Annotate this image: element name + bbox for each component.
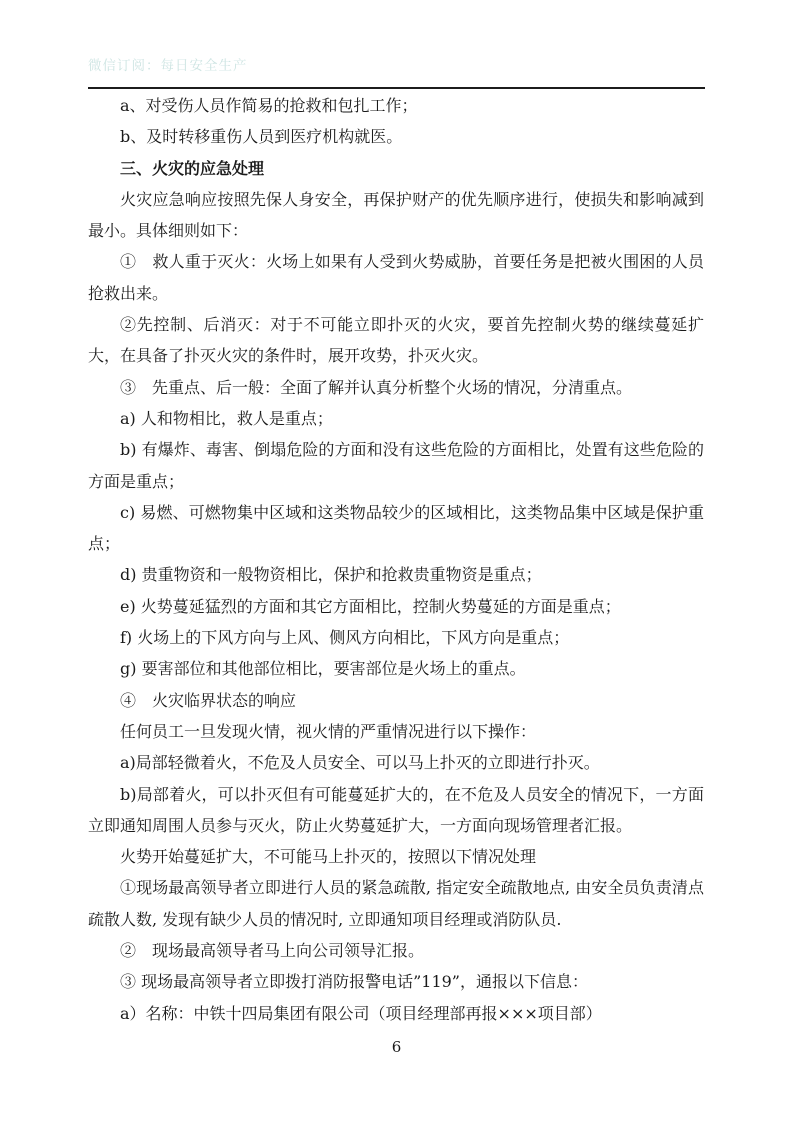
header-divider — [88, 87, 705, 89]
paragraph: ③ 现场最高领导者立即拨打消防报警电话”119”，通报以下信息： — [88, 966, 704, 997]
paragraph: ②先控制、后消灭：对于不可能立即扑灭的火灾，要首先控制火势的继续蔓延扩大，在具备… — [88, 309, 704, 372]
document-page: 微信订阅：每日安全生产 a、对受伤人员作简易的抢救和包扎工作；b、及时转移重伤人… — [0, 0, 793, 1122]
paragraph: c) 易燃、可燃物集中区域和这类物品较少的区域相比，这类物品集中区域是保护重点； — [88, 497, 704, 560]
paragraph: ①现场最高领导者立即进行人员的紧急疏散, 指定安全疏散地点, 由安全员负责清点疏… — [88, 872, 704, 935]
section-heading: 三、火灾的应急处理 — [88, 153, 704, 184]
paragraph: d) 贵重物资和一般物资相比，保护和抢救贵重物资是重点； — [88, 559, 704, 590]
paragraph: b、及时转移重伤人员到医疗机构就医。 — [88, 121, 704, 152]
page-header-watermark: 微信订阅：每日安全生产 — [88, 54, 705, 74]
paragraph: a、对受伤人员作简易的抢救和包扎工作； — [88, 90, 704, 121]
page-number: 6 — [0, 1038, 793, 1056]
paragraph: g) 要害部位和其他部位相比，要害部位是火场上的重点。 — [88, 653, 704, 684]
paragraph: a）名称：中铁十四局集团有限公司（项目经理部再报×××项目部） — [88, 998, 704, 1029]
paragraph: a)局部轻微着火，不危及人员安全、可以马上扑灭的立即进行扑灭。 — [88, 747, 704, 778]
paragraph: ① 救人重于灭火：火场上如果有人受到火势威胁，首要任务是把被火围困的人员抢救出来… — [88, 246, 704, 309]
paragraph: 任何员工一旦发现火情，视火情的严重情况进行以下操作： — [88, 716, 704, 747]
paragraph: f) 火场上的下风方向与上风、侧风方向相比，下风方向是重点； — [88, 622, 704, 653]
paragraph: a) 人和物相比，救人是重点； — [88, 403, 704, 434]
paragraph: b)局部着火，可以扑灭但有可能蔓延扩大的，在不危及人员安全的情况下，一方面立即通… — [88, 779, 704, 842]
paragraph: b) 有爆炸、毒害、倒塌危险的方面和没有这些危险的方面相比，处置有这些危险的方面… — [88, 434, 704, 497]
paragraph: ② 现场最高领导者马上向公司领导汇报。 — [88, 935, 704, 966]
paragraph: 火势开始蔓延扩大，不可能马上扑灭的，按照以下情况处理 — [88, 841, 704, 872]
paragraph: 火灾应急响应按照先保人身安全，再保护财产的优先顺序进行，使损失和影响减到最小。具… — [88, 184, 704, 247]
paragraph: ③ 先重点、后一般：全面了解并认真分析整个火场的情况，分清重点。 — [88, 372, 704, 403]
paragraph: e) 火势蔓延猛烈的方面和其它方面相比，控制火势蔓延的方面是重点； — [88, 591, 704, 622]
document-body: a、对受伤人员作简易的抢救和包扎工作；b、及时转移重伤人员到医疗机构就医。三、火… — [88, 90, 704, 1029]
paragraph: ④ 火灾临界状态的响应 — [88, 685, 704, 716]
